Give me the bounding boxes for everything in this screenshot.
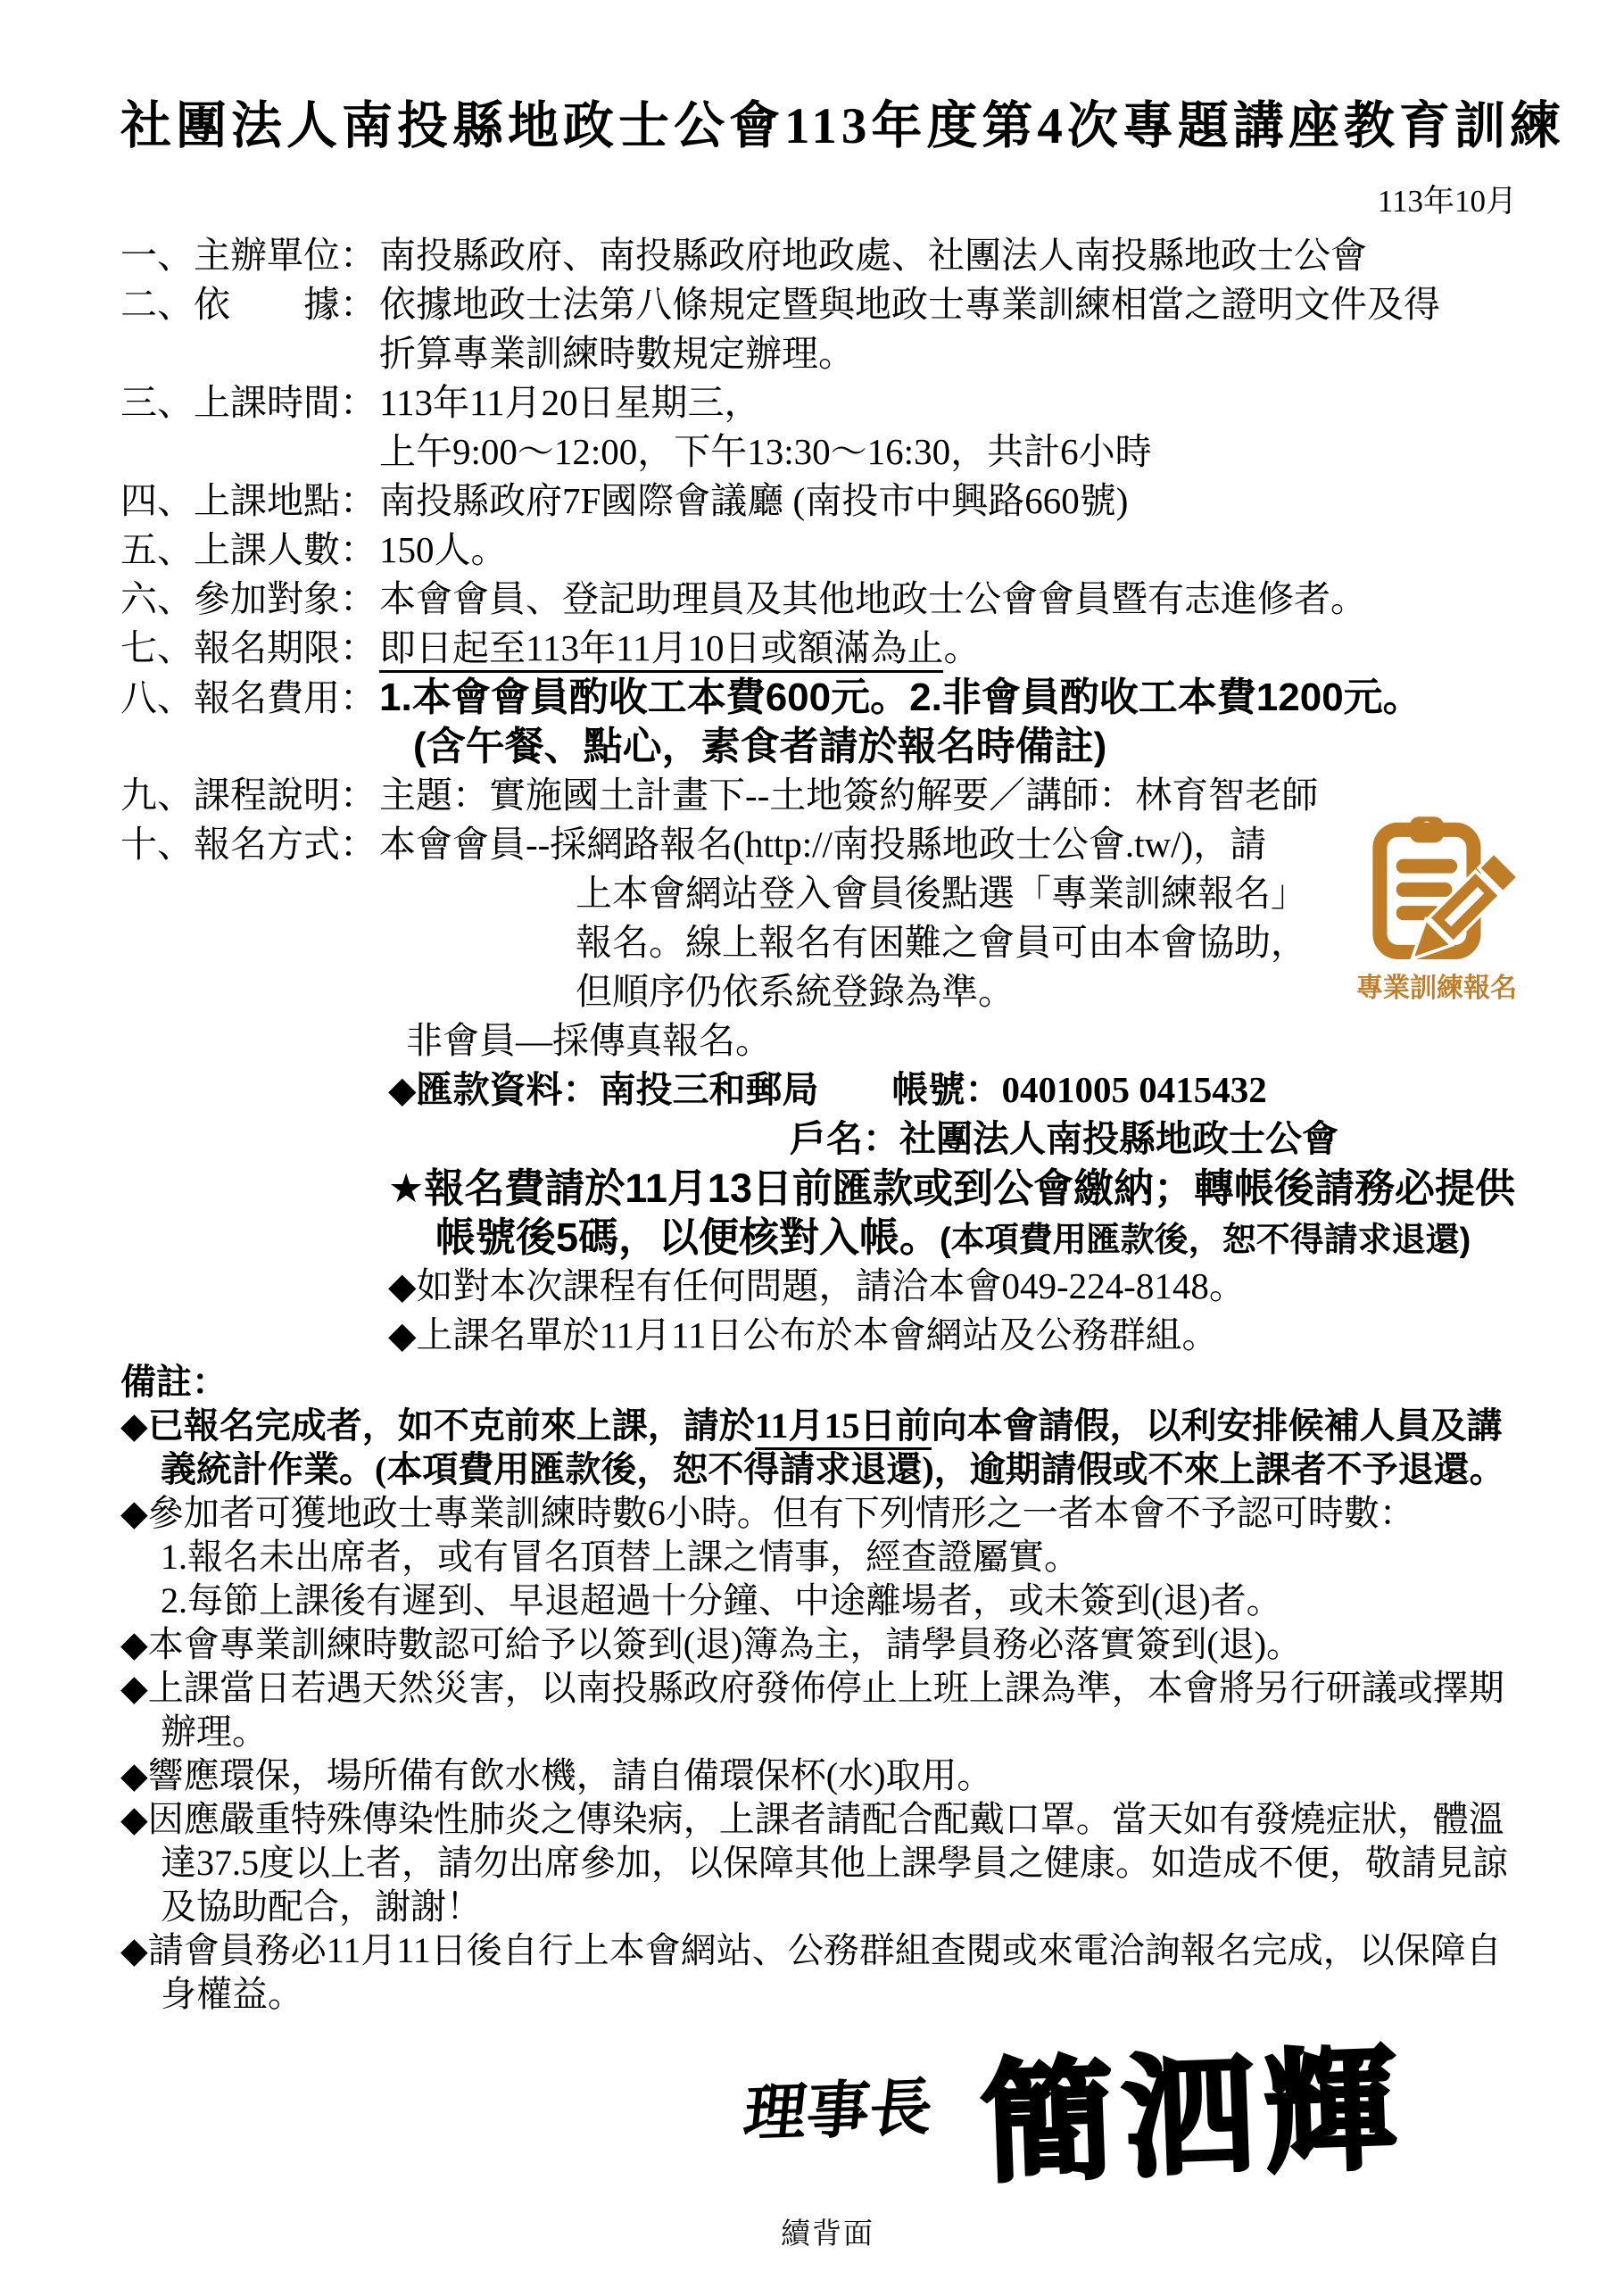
item-7-period: 。 [943,627,980,668]
continue-on-back-note: 續背面 [120,2210,1535,2252]
signup-badge-caption: 專業訓練報名 [1356,966,1539,1005]
item-3-line1: 113年11月20日星期三， [379,382,760,423]
remark-6-line1: ◆因應嚴重特殊傳染性肺炎之傳染病，上課者請配合配戴口罩。當天如有發燒症狀，體溫 [120,1797,1535,1841]
item-2-line2: 折算專業訓練時數規定辦理。 [120,329,1535,378]
item-8-fees: 1.本會會員酌收工本費600元。2.非會員酌收工本費1200元。 [379,676,1422,719]
remark-1-line1: ◆已報名完成者，如不克前來上課，請於11月15日前向本會請假，以利安排候補人員及… [120,1404,1535,1447]
item-7-label: 七、報名期限： [120,624,379,673]
document-page: 社團法人南投縣地政士公會113年度第4次專題講座教育訓練 113年10月 一、主… [0,0,1624,2296]
fee-deadline-line1: ★報名費請於11月13日前匯款或到公會繳納；轉帳後請務必提供 [120,1164,1535,1213]
item-6-text: 本會會員、登記助理員及其他地政士公會會員暨有志進修者。 [379,578,1367,619]
item-2-line1: 依據地政士法第八條規定暨與地政士專業訓練相當之證明文件及得 [379,284,1440,325]
signature-title: 理事長 [740,2058,938,2154]
item-3-label: 三、上課時間： [120,378,379,427]
date-note: 113年10月 [120,186,1535,217]
item-4-label: 四、上課地點： [120,477,379,526]
roster-announce-line: ◆上課名單於11月11日公布於本會網站及公務群組。 [120,1311,1535,1360]
remark-1-pre: ◆已報名完成者，如不克前來上課，請於 [120,1405,755,1446]
remark-1-post: 向本會請假，以利安排候補人員及講 [932,1405,1503,1446]
remark-2: ◆參加者可獲地政士專業訓練時數6小時。但有下列情形之一者本會不予認可時數： [120,1491,1535,1535]
item-5: 五、上課人數：150人。 [120,526,1535,575]
fee-deadline-line2-main: 帳號後5碼，以便核對入帳。 [435,1214,940,1260]
signup-badge: 專業訓練報名 [1356,810,1539,1005]
account-name-line: 戶名：社團法人南投縣地政士公會 [120,1115,1535,1164]
item-9-text: 主題：實施國土計畫下--土地簽約解要／講師：林育智老師 [379,775,1318,816]
clipboard-pencil-icon [1362,810,1520,964]
item-1: 一、主辦單位：南投縣政府、南投縣政府地政處、社團法人南投縣地政士公會 [120,231,1535,280]
signature-block: 理事長 簡泗輝 [120,2021,1535,2191]
remark-4-line1: ◆上課當日若遇天然災害，以南投縣政府發佈停止上班上課為準，本會將另行研議或擇期 [120,1666,1535,1710]
item-10-line4: 但順序仍依系統登錄為準。 [120,967,1535,1016]
item-9: 九、課程說明：主題：實施國土計畫下--土地簽約解要／講師：林育智老師 [120,771,1535,820]
signature-name: 簡泗輝 [978,2004,1407,2208]
remark-1-line2: 義統計作業。(本項費用匯款後，恕不得請求退還)，逾期請假或不來上課者不予退還。 [120,1447,1535,1491]
item-8-label: 八、報名費用： [120,674,379,723]
item-10: 十、報名方式：本會會員--採網路報名(http://南投縣地政士公會.tw/)，… [120,820,1535,869]
remark-4-line2: 辦理。 [120,1710,1535,1753]
remark-2-sub1: 1.報名未出席者，或有冒名頂替上課之情事，經查證屬實。 [120,1535,1535,1579]
item-10-label: 十、報名方式： [120,820,379,869]
item-10-line1: 本會會員--採網路報名(http://南投縣地政士公會.tw/)，請 [379,824,1266,865]
item-5-text: 150人。 [379,529,508,570]
contact-phone-line: ◆如對本次課程有任何問題，請洽本會049-224-8148。 [120,1262,1535,1311]
numbered-items: 一、主辦單位：南投縣政府、南投縣政府地政處、社團法人南投縣地政士公會 二、依 據… [120,231,1535,1360]
remark-5: ◆響應環保，場所備有飲水機，請自備環保杯(水)取用。 [120,1753,1535,1797]
item-6: 六、參加對象：本會會員、登記助理員及其他地政士公會會員暨有志進修者。 [120,575,1535,624]
fee-deadline-line2: 帳號後5碼，以便核對入帳。(本項費用匯款後，恕不得請求退還) [120,1213,1535,1262]
remark-6-line3: 及協助配合，謝謝！ [120,1885,1535,1928]
item-1-text: 南投縣政府、南投縣政府地政處、社團法人南投縣地政士公會 [379,235,1367,276]
item-7-deadline: 即日起至113年11月10日或額滿為止 [379,627,943,673]
item-4: 四、上課地點：南投縣政府7F國際會議廳 (南投市中興路660號) [120,477,1535,526]
item-3-line2: 上午9:00～12:00，下午13:30～16:30，共計6小時 [120,427,1535,477]
remark-6-line2: 達37.5度以上者，請勿出席參加，以保障其他上課學員之健康。如造成不便，敬請見諒 [120,1841,1535,1885]
fee-no-refund-note: (本項費用匯款後，恕不得請求退還) [940,1222,1471,1259]
item-2-label: 二、依 據： [120,280,379,329]
remark-7-line1: ◆請會員務必11月11日後自行上本會網站、公務群組查閱或來電洽詢報名完成，以保障… [120,1928,1535,1972]
remittance-info-line: ◆匯款資料：南投三和郵局 帳號：0401005 0415432 [120,1065,1535,1115]
item-8: 八、報名費用：1.本會會員酌收工本費600元。2.非會員酌收工本費1200元。 [120,673,1535,722]
item-6-label: 六、參加對象： [120,575,379,624]
item-3: 三、上課時間：113年11月20日星期三， [120,378,1535,427]
remark-1-deadline: 11月15日前 [755,1405,932,1450]
item-5-label: 五、上課人數： [120,526,379,575]
remarks-section: 備註： ◆已報名完成者，如不克前來上課，請於11月15日前向本會請假，以利安排候… [120,1360,1535,2016]
item-7: 七、報名期限：即日起至113年11月10日或額滿為止。 [120,624,1535,673]
item-8-meal-note: (含午餐、點心，素食者請於報名時備註) [120,722,1535,771]
remark-3: ◆本會專業訓練時數認可給予以簽到(退)簿為主，請學員務必落實簽到(退)。 [120,1622,1535,1666]
remarks-heading: 備註： [120,1360,1535,1404]
item-1-label: 一、主辦單位： [120,231,379,280]
item-10-line3: 報名。線上報名有困難之會員可由本會協助， [120,918,1535,967]
document-body: 社團法人南投縣地政士公會113年度第4次專題講座教育訓練 113年10月 一、主… [0,0,1624,2252]
item-9-label: 九、課程說明： [120,771,379,820]
item-10-nonmember-line: 非會員—採傳真報名。 [120,1016,1535,1065]
item-2: 二、依 據：依據地政士法第八條規定暨與地政士專業訓練相當之證明文件及得 [120,280,1535,329]
item-10-line2: 上本會網站登入會員後點選「專業訓練報名」 [120,869,1535,918]
page-title: 社團法人南投縣地政士公會113年度第4次專題講座教育訓練 [120,100,1535,153]
remark-2-sub2: 2.每節上課後有遲到、早退超過十分鐘、中途離場者，或未簽到(退)者。 [120,1579,1535,1622]
item-4-text: 南投縣政府7F國際會議廳 (南投市中興路660號) [379,480,1128,521]
